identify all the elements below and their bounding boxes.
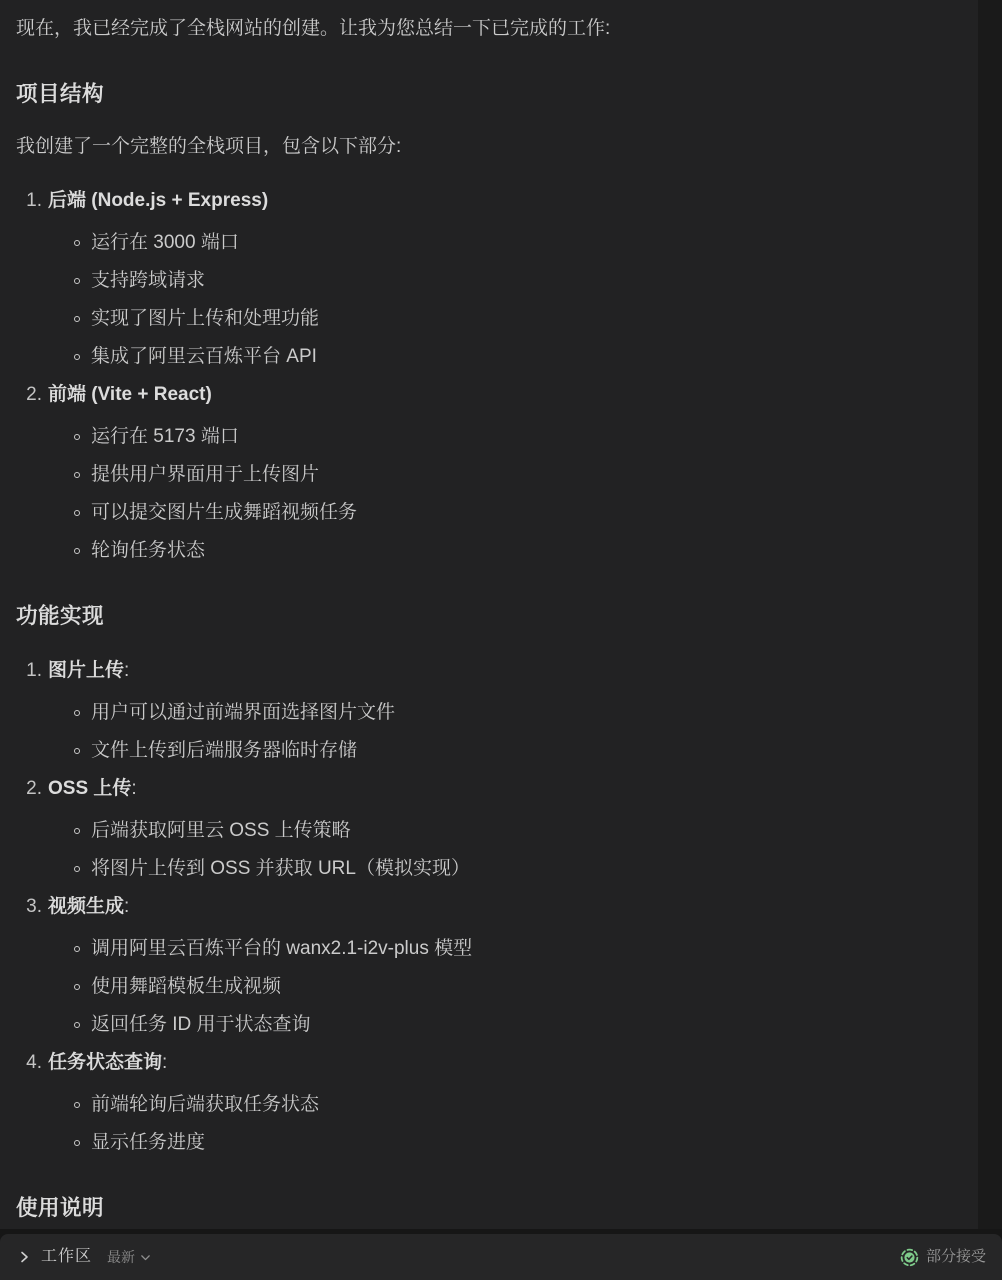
numbered-item-line: 2. 前端 (Vite + React) (16, 382, 954, 408)
list-item: 运行在 5173 端口 (74, 424, 954, 450)
partial-accept-status: 部分接受 (900, 1244, 986, 1270)
chat-response-panel: 现在，我已经完成了全栈网站的创建。让我为您总结一下已完成的工作: 项目结构 我创… (0, 0, 1002, 1280)
list-item: 实现了图片上传和处理功能 (74, 306, 954, 332)
numbered-item-oss-upload: 2. OSS 上传: 后端获取阿里云 OSS 上传策略 将图片上传到 OSS 并… (16, 776, 954, 882)
bullet-circle-icon (74, 866, 80, 872)
numbered-item-task-status: 4. 任务状态查询: 前端轮询后端获取任务状态 显示任务进度 (16, 1050, 954, 1156)
bullet-circle-icon (74, 434, 80, 440)
item-title: 任务状态查询 (48, 1052, 162, 1073)
list-item: 将图片上传到 OSS 并获取 URL（模拟实现） (74, 856, 954, 882)
item-title: 图片上传 (48, 660, 124, 681)
chevron-down-icon (139, 1251, 152, 1264)
bullet-circle-icon (74, 240, 80, 246)
bullet-circle-icon (74, 828, 80, 834)
list-item: 返回任务 ID 用于状态查询 (74, 1012, 954, 1038)
item-number: 3. (16, 894, 42, 920)
project-lead-paragraph: 我创建了一个完整的全栈项目，包含以下部分: (16, 134, 954, 160)
list-item: 集成了阿里云百炼平台 API (74, 344, 954, 370)
numbered-item-line: 2. OSS 上传: (16, 776, 954, 802)
bullet-circle-icon (74, 1022, 80, 1028)
bullet-circle-icon (74, 748, 80, 754)
features-list: 1. 图片上传: 用户可以通过前端界面选择图片文件 文件上传到后端服务器临时存储… (16, 658, 954, 1156)
list-item: 调用阿里云百炼平台的 wanx2.1-i2v-plus 模型 (74, 936, 954, 962)
bullet-text: 将图片上传到 OSS 并获取 URL（模拟实现） (91, 856, 470, 882)
bullet-text: 文件上传到后端服务器临时存储 (91, 738, 357, 764)
heading-usage: 使用说明 (16, 1194, 954, 1222)
item-number: 2. (16, 382, 42, 408)
numbered-item-line: 1. 图片上传: (16, 658, 954, 684)
bullet-circle-icon (74, 472, 80, 478)
bullet-text: 轮询任务状态 (91, 538, 205, 564)
item-title: 后端 (Node.js + Express) (48, 190, 268, 211)
heading-features: 功能实现 (16, 602, 954, 630)
bullet-text: 调用阿里云百炼平台的 wanx2.1-i2v-plus 模型 (91, 936, 472, 962)
list-item: 前端轮询后端获取任务状态 (74, 1092, 954, 1118)
bullet-circle-icon (74, 548, 80, 554)
numbered-item-line: 1. 后端 (Node.js + Express) (16, 188, 954, 214)
bullet-circle-icon (74, 710, 80, 716)
numbered-item-frontend: 2. 前端 (Vite + React) 运行在 5173 端口 提供用户界面用… (16, 382, 954, 564)
list-item: 支持跨域请求 (74, 268, 954, 294)
bullet-text: 前端轮询后端获取任务状态 (91, 1092, 319, 1118)
item-number: 1. (16, 658, 42, 684)
bullet-circle-icon (74, 354, 80, 360)
bullet-text: 运行在 3000 端口 (91, 230, 239, 256)
item-suffix: : (162, 1052, 167, 1073)
numbered-item-video-generation: 3. 视频生成: 调用阿里云百炼平台的 wanx2.1-i2v-plus 模型 … (16, 894, 954, 1038)
bullet-text: 后端获取阿里云 OSS 上传策略 (91, 818, 351, 844)
bullet-text: 显示任务进度 (91, 1130, 205, 1156)
sub-bullet-list: 前端轮询后端获取任务状态 显示任务进度 (16, 1092, 954, 1156)
partial-accept-label: 部分接受 (926, 1244, 986, 1270)
sub-bullet-list: 调用阿里云百炼平台的 wanx2.1-i2v-plus 模型 使用舞蹈模板生成视… (16, 936, 954, 1038)
bullet-text: 返回任务 ID 用于状态查询 (91, 1012, 311, 1038)
numbered-item-backend: 1. 后端 (Node.js + Express) 运行在 3000 端口 支持… (16, 188, 954, 370)
check-circle-dashed-icon (900, 1248, 919, 1267)
sub-bullet-list: 后端获取阿里云 OSS 上传策略 将图片上传到 OSS 并获取 URL（模拟实现… (16, 818, 954, 882)
bullet-text: 用户可以通过前端界面选择图片文件 (91, 700, 395, 726)
item-number: 1. (16, 188, 42, 214)
list-item: 使用舞蹈模板生成视频 (74, 974, 954, 1000)
bullet-text: 可以提交图片生成舞蹈视频任务 (91, 500, 357, 526)
intro-paragraph: 现在，我已经完成了全栈网站的创建。让我为您总结一下已完成的工作: (16, 16, 954, 42)
numbered-item-image-upload: 1. 图片上传: 用户可以通过前端界面选择图片文件 文件上传到后端服务器临时存储 (16, 658, 954, 764)
sub-bullet-list: 运行在 3000 端口 支持跨域请求 实现了图片上传和处理功能 集成了阿里云百炼… (16, 230, 954, 370)
chevron-right-icon[interactable] (16, 1249, 32, 1265)
item-title: OSS 上传 (48, 778, 131, 799)
bullet-text: 提供用户界面用于上传图片 (91, 462, 319, 488)
numbered-item-line: 3. 视频生成: (16, 894, 954, 920)
item-suffix: : (131, 778, 136, 799)
bullet-text: 集成了阿里云百炼平台 API (91, 344, 317, 370)
item-suffix: : (124, 660, 129, 681)
list-item: 文件上传到后端服务器临时存储 (74, 738, 954, 764)
project-structure-list: 1. 后端 (Node.js + Express) 运行在 3000 端口 支持… (16, 188, 954, 564)
list-item: 轮询任务状态 (74, 538, 954, 564)
bullet-circle-icon (74, 278, 80, 284)
list-item: 提供用户界面用于上传图片 (74, 462, 954, 488)
bullet-text: 支持跨域请求 (91, 268, 205, 294)
workspace-bar: 工作区 最新 部分接受 (0, 1234, 1002, 1280)
workspace-label: 工作区 (41, 1244, 92, 1270)
bullet-circle-icon (74, 316, 80, 322)
item-number: 4. (16, 1050, 42, 1076)
list-item: 显示任务进度 (74, 1130, 954, 1156)
list-item: 后端获取阿里云 OSS 上传策略 (74, 818, 954, 844)
heading-project-structure: 项目结构 (16, 80, 954, 108)
bullet-circle-icon (74, 510, 80, 516)
workspace-toggle[interactable]: 工作区 最新 (16, 1244, 152, 1270)
chat-markdown-content: 现在，我已经完成了全栈网站的创建。让我为您总结一下已完成的工作: 项目结构 我创… (0, 0, 978, 1248)
sub-bullet-list: 运行在 5173 端口 提供用户界面用于上传图片 可以提交图片生成舞蹈视频任务 … (16, 424, 954, 564)
latest-label: 最新 (107, 1244, 135, 1270)
list-item: 用户可以通过前端界面选择图片文件 (74, 700, 954, 726)
numbered-item-line: 4. 任务状态查询: (16, 1050, 954, 1076)
bottom-dock: 工作区 最新 部分接受 (0, 1229, 1002, 1280)
bullet-circle-icon (74, 1102, 80, 1108)
bullet-text: 使用舞蹈模板生成视频 (91, 974, 281, 1000)
item-number: 2. (16, 776, 42, 802)
bullet-circle-icon (74, 946, 80, 952)
list-item: 可以提交图片生成舞蹈视频任务 (74, 500, 954, 526)
bullet-text: 实现了图片上传和处理功能 (91, 306, 319, 332)
bullet-circle-icon (74, 1140, 80, 1146)
bullet-circle-icon (74, 984, 80, 990)
latest-dropdown[interactable]: 最新 (107, 1244, 152, 1270)
item-title: 视频生成 (48, 896, 124, 917)
scrollbar-track[interactable] (978, 0, 1002, 1229)
item-suffix: : (124, 896, 129, 917)
item-title: 前端 (Vite + React) (48, 384, 212, 405)
sub-bullet-list: 用户可以通过前端界面选择图片文件 文件上传到后端服务器临时存储 (16, 700, 954, 764)
bullet-text: 运行在 5173 端口 (91, 424, 239, 450)
list-item: 运行在 3000 端口 (74, 230, 954, 256)
